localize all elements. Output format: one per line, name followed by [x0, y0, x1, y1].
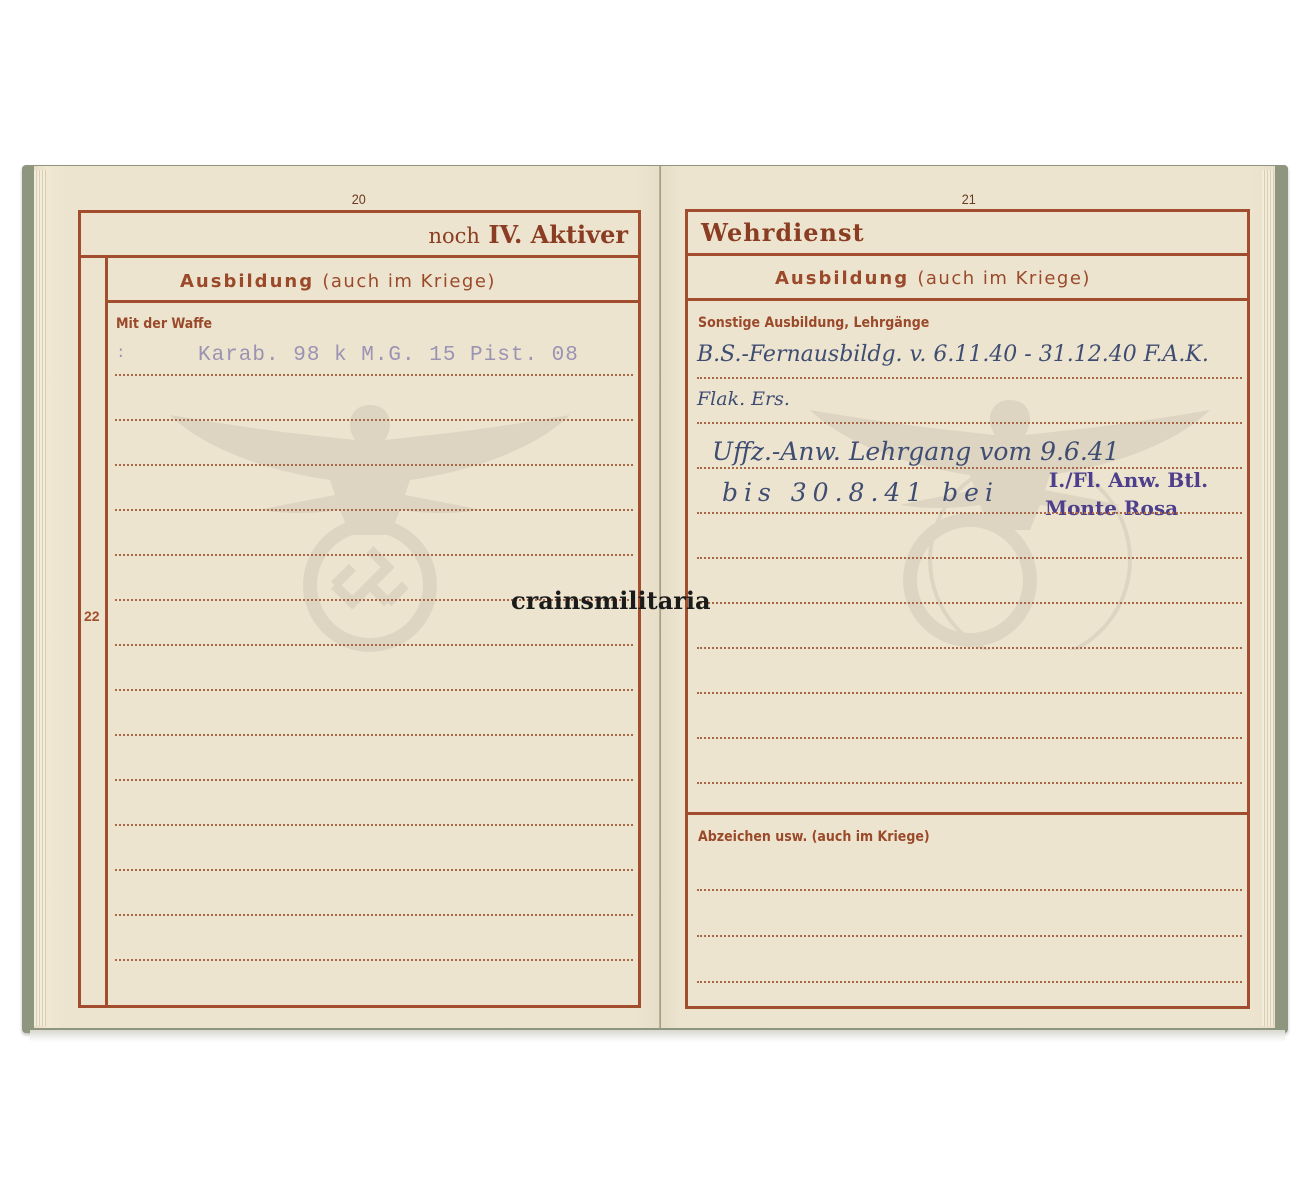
- header-divider: [685, 253, 1250, 256]
- ruled-line: [115, 554, 633, 556]
- ruled-line: [697, 935, 1242, 937]
- ruled-line: [697, 692, 1242, 694]
- ruled-line: [115, 689, 633, 691]
- ruled-line: [697, 377, 1242, 379]
- right-section-title: Ausbildung (auch im Kriege): [775, 268, 1091, 289]
- ruled-line: [697, 422, 1242, 424]
- open-booklet: 20 noch IV. Aktiver Ausbildung (auch im …: [0, 0, 1300, 1200]
- right-page-header: Wehrdienst: [701, 218, 865, 247]
- ruled-line: [697, 782, 1242, 784]
- ruled-line: [697, 467, 1242, 469]
- section-subtitle: (auch im Kriege): [917, 268, 1091, 289]
- field-label-abzeichen: Abzeichen usw. (auch im Kriege): [698, 829, 930, 845]
- ruled-line: [697, 737, 1242, 739]
- typed-mark: :: [116, 344, 127, 362]
- left-page-header: noch IV. Aktiver: [428, 220, 628, 249]
- header-prefix: noch: [428, 224, 479, 248]
- ruled-line: [697, 647, 1242, 649]
- stamp-line-1: I./Fl. Anw. Btl.: [1036, 466, 1221, 494]
- section-divider: [105, 300, 641, 303]
- stamp-line-2: Monte Rosa: [1002, 494, 1221, 522]
- ruled-line: [697, 602, 1242, 604]
- side-number: 22: [84, 608, 100, 624]
- section-title: Ausbildung: [775, 268, 909, 289]
- ruled-line: [115, 464, 633, 466]
- handwritten-entry-2: Flak. Ers.: [697, 388, 790, 410]
- side-column-divider: [105, 255, 108, 1008]
- ruled-line: [115, 419, 633, 421]
- ruled-line: [115, 869, 633, 871]
- page-number-left: 20: [352, 191, 366, 207]
- watermark-text: crainsmilitaria: [511, 586, 711, 615]
- ruled-line: [115, 914, 633, 916]
- ruled-line: [697, 981, 1242, 983]
- header-divider: [78, 255, 641, 258]
- field-label-mit-der-waffe: Mit der Waffe: [116, 316, 212, 332]
- section-divider: [685, 298, 1250, 301]
- handwritten-entry-1: B.S.-Fernausbildg. v. 6.11.40 - 31.12.40…: [697, 342, 1209, 367]
- ruled-line: [115, 374, 633, 376]
- section-subtitle: (auch im Kriege): [322, 271, 496, 292]
- abzeichen-divider: [685, 812, 1250, 815]
- left-section-title: Ausbildung (auch im Kriege): [180, 271, 496, 292]
- left-page-edges: [34, 170, 46, 1026]
- ruled-line: [115, 959, 633, 961]
- ruled-line: [697, 889, 1242, 891]
- typed-weapons-entry: Karab. 98 k M.G. 15 Pist. 08: [198, 344, 579, 367]
- ruled-line: [115, 824, 633, 826]
- ruled-line: [697, 512, 1242, 514]
- ruled-line: [115, 644, 633, 646]
- ruled-line: [115, 779, 633, 781]
- right-page-edges: [1262, 170, 1274, 1026]
- handwritten-entry-4: bis 30.8.41 bei: [722, 478, 999, 507]
- ruled-line: [115, 734, 633, 736]
- field-label-sonstige-ausbildung: Sonstige Ausbildung, Lehrgänge: [698, 315, 929, 331]
- ruled-line: [697, 557, 1242, 559]
- section-title: Ausbildung: [180, 271, 314, 292]
- header-title: IV. Aktiver: [488, 220, 628, 249]
- page-number-right: 21: [962, 191, 976, 207]
- booklet-shadow: [30, 1030, 1285, 1042]
- handwritten-entry-3: Uffz.-Anw. Lehrgang vom 9.6.41: [712, 437, 1120, 466]
- ruled-line: [115, 509, 633, 511]
